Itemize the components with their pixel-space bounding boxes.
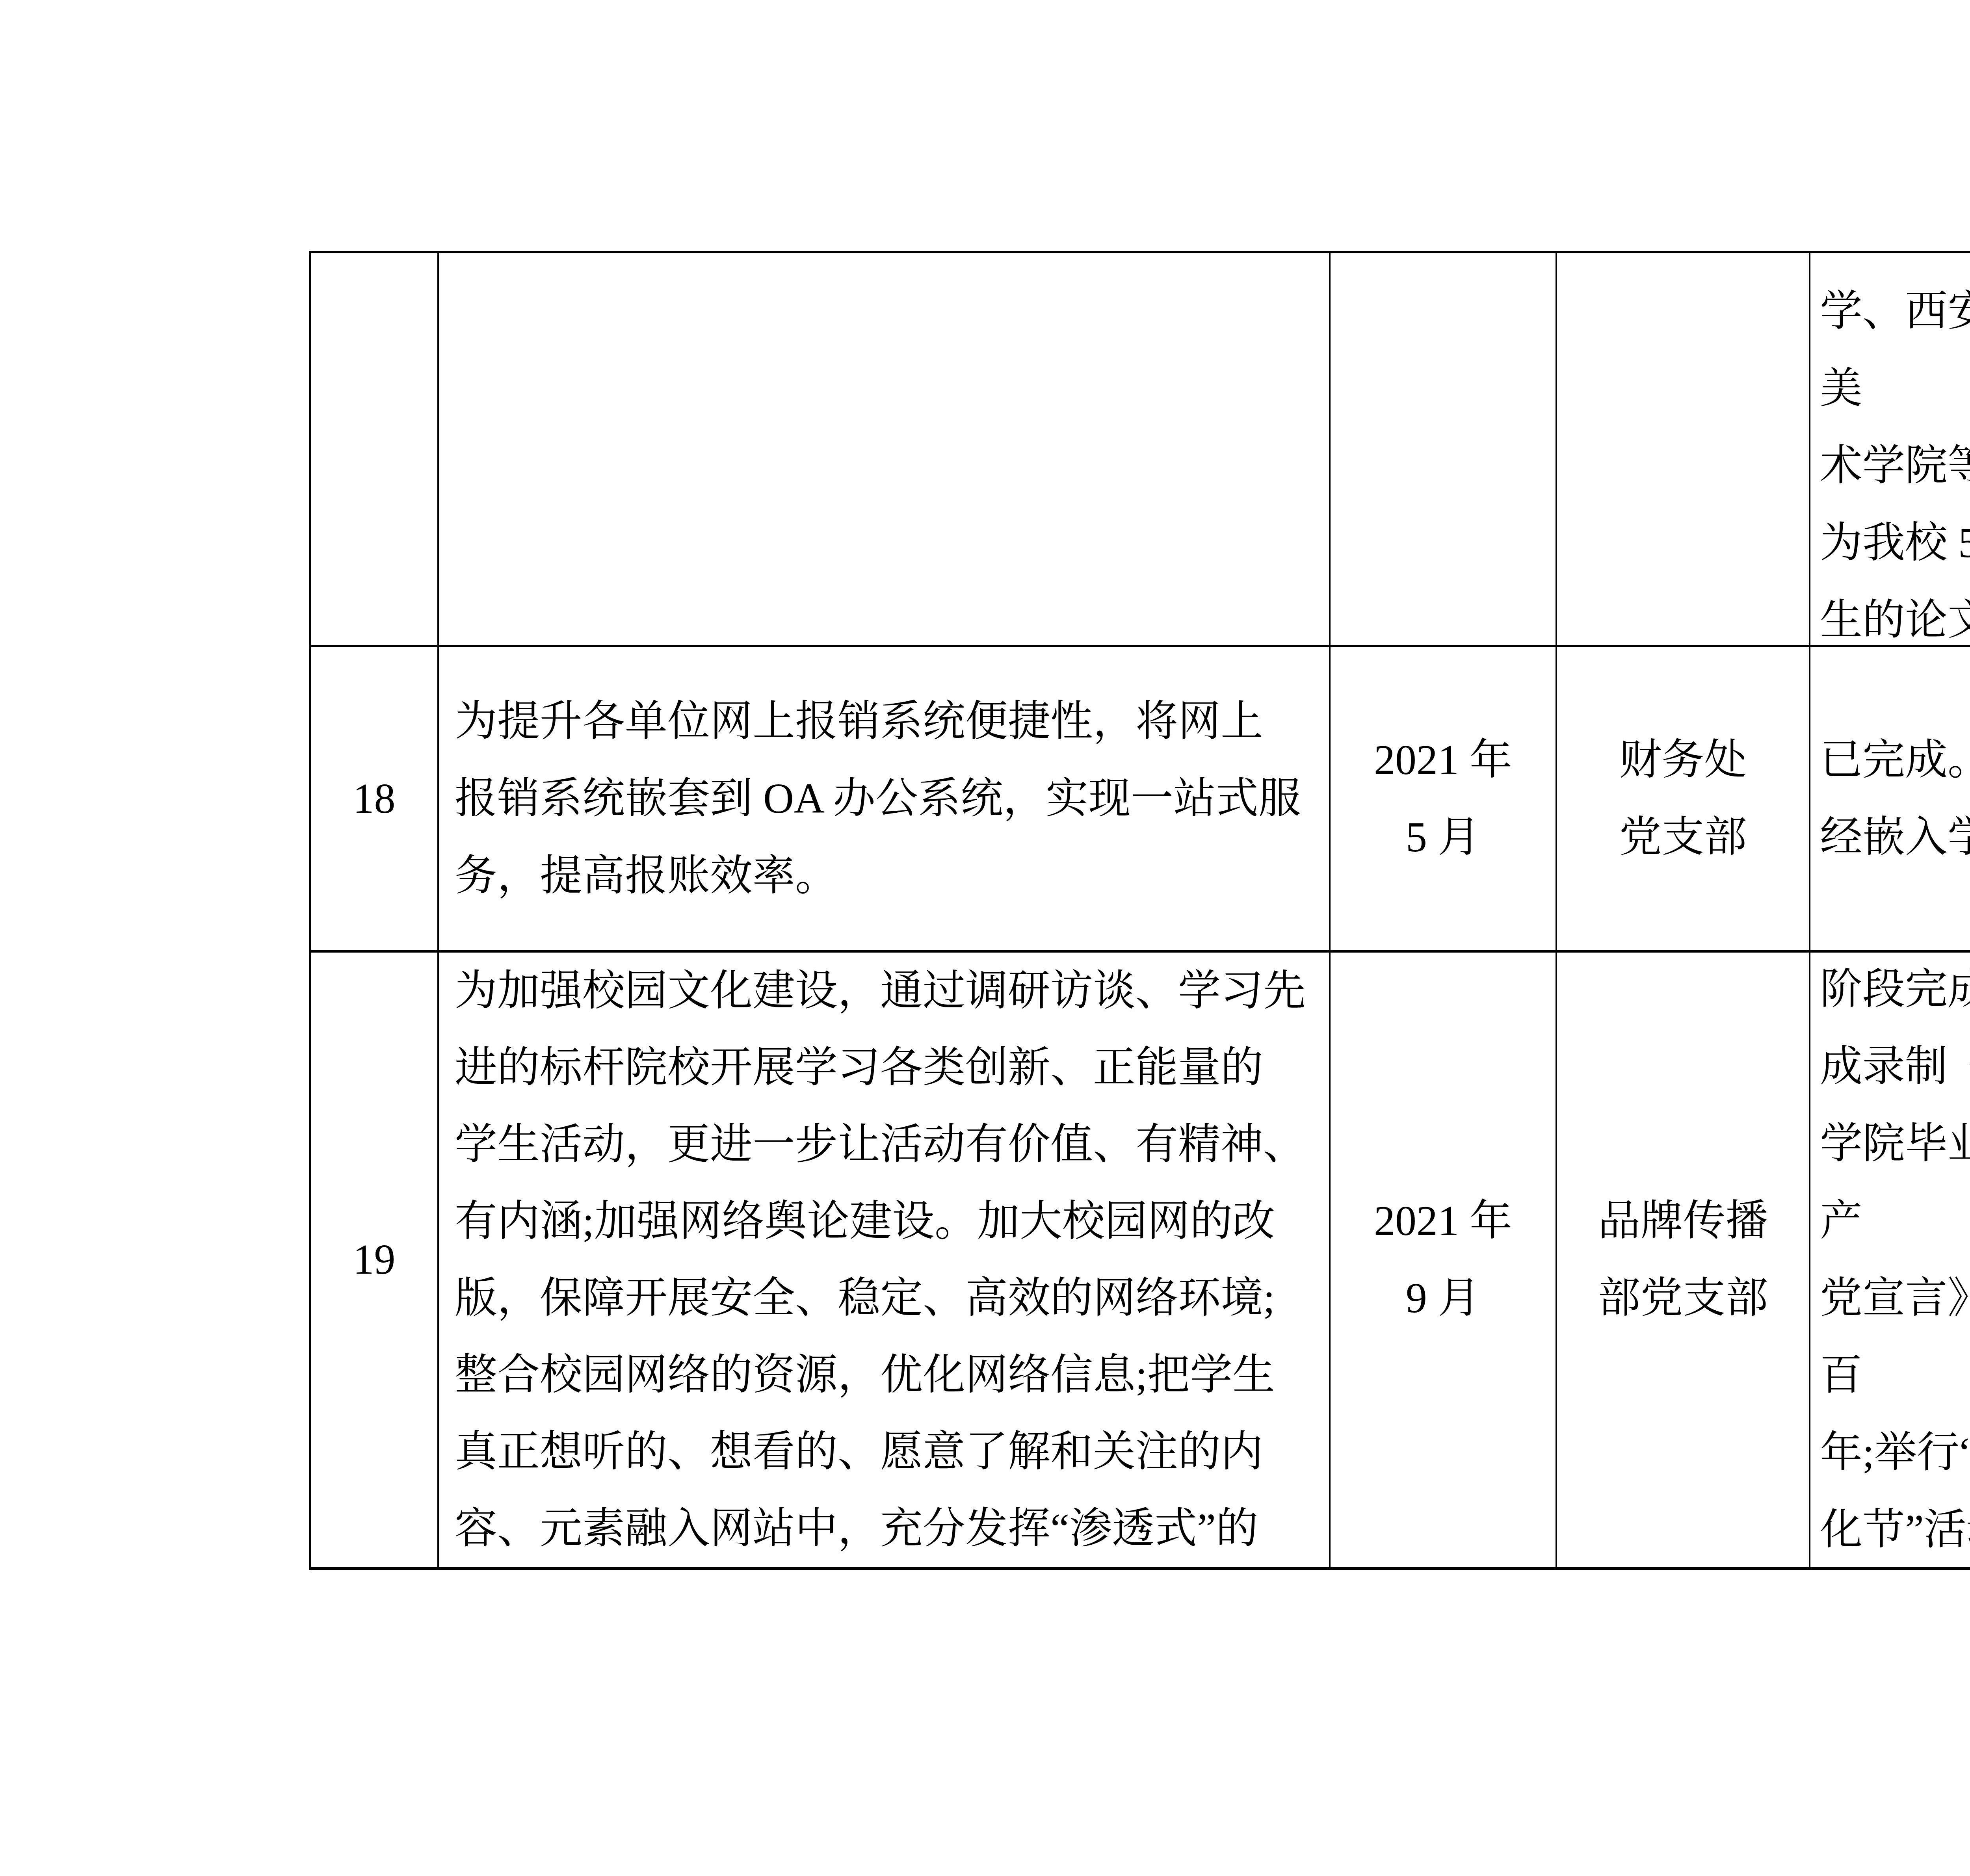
status-text: 已完成。网上报销系统已 经嵌入学校 OA 办公系统。: [1820, 722, 1970, 876]
row-number-cell: 18: [311, 647, 439, 953]
task-cell: 为提升各单位网上报销系统便捷性，将网上 报销系统嵌套到 OA 办公系统，实现一站…: [439, 647, 1331, 953]
department-text: 财务处 党支部: [1619, 722, 1747, 876]
department-cell: [1557, 253, 1810, 647]
date-text: 2021 年 5 月: [1374, 722, 1512, 876]
date-cell: [1331, 253, 1557, 647]
date-cell: 2021 年 9 月: [1331, 953, 1557, 1567]
row-number: 19: [353, 1221, 396, 1298]
status-cell: 已完成。网上报销系统已 经嵌入学校 OA 办公系统。: [1810, 647, 1970, 953]
row-number: 18: [353, 760, 396, 838]
row-number-cell: 19: [311, 953, 439, 1567]
date-cell: 2021 年 5 月: [1331, 647, 1557, 953]
department-cell: 品牌传播 部党支部: [1557, 953, 1810, 1567]
document-page: 学、西安财经学院、西安美 术学院等 8 所高校的教授 为我校 526 名 202…: [0, 0, 1970, 1876]
status-cell: 阶段完成情况。6 月份，完 成录制《飞鸟》（西安欧亚 学院毕业 MV）;排演《共…: [1810, 953, 1970, 1567]
row-number-cell: [311, 253, 439, 647]
task-text: 为加强校园文化建设，通过调研访谈、学习先 进的标杆院校开展学习各类创新、正能量的…: [455, 953, 1313, 1567]
department-cell: 财务处 党支部: [1557, 647, 1810, 953]
date-text: 2021 年 9 月: [1374, 1183, 1512, 1337]
status-text: 阶段完成情况。6 月份，完 成录制《飞鸟》（西安欧亚 学院毕业 MV）;排演《共…: [1820, 953, 1970, 1567]
status-cell: 学、西安财经学院、西安美 术学院等 8 所高校的教授 为我校 526 名 202…: [1810, 253, 1970, 647]
progress-table: 学、西安财经学院、西安美 术学院等 8 所高校的教授 为我校 526 名 202…: [309, 251, 1970, 1570]
status-text: 学、西安财经学院、西安美 术学院等 8 所高校的教授 为我校 526 名 202…: [1820, 273, 1970, 647]
task-cell: [439, 253, 1331, 647]
task-text: 为提升各单位网上报销系统便捷性，将网上 报销系统嵌套到 OA 办公系统，实现一站…: [455, 683, 1313, 915]
task-cell: 为加强校园文化建设，通过调研访谈、学习先 进的标杆院校开展学习各类创新、正能量的…: [439, 953, 1331, 1567]
department-text: 品牌传播 部党支部: [1598, 1183, 1768, 1337]
